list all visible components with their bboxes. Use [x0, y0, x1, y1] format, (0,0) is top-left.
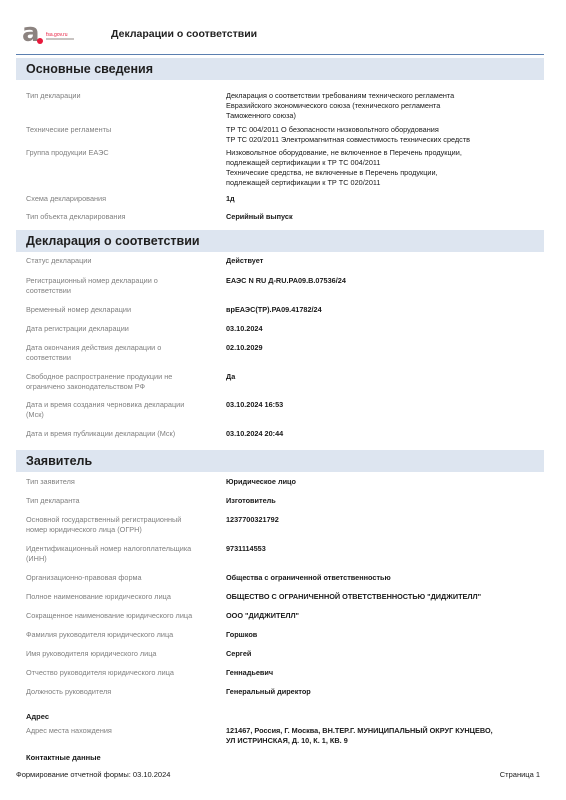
field-label: Группа продукции ЕАЭС: [26, 148, 221, 158]
fsa-logo: a fsa.gov.ru: [22, 22, 92, 44]
field-value: Юридическое лицо: [226, 477, 544, 487]
field-label: Тип заявителя: [26, 477, 221, 487]
field-value: врЕАЭС(ТР).РА09.41782/24: [226, 305, 544, 315]
contacts-subheading: Контактные данные: [26, 753, 101, 762]
field-value: 1д: [226, 194, 544, 204]
field-value: Геннадьевич: [226, 668, 544, 678]
field-label: Тип декларации: [26, 91, 221, 101]
field-value: ЕАЭС N RU Д-RU.РА09.В.07536/24: [226, 276, 544, 286]
field-label: Организационно-правовая форма: [26, 573, 221, 583]
field-label: Имя руководителя юридического лица: [26, 649, 221, 659]
field-label: Отчество руководителя юридического лица: [26, 668, 221, 678]
field-label: Дата и время создания черновика декларац…: [26, 400, 221, 420]
field-label: Технические регламенты: [26, 125, 221, 135]
field-value: Да: [226, 372, 544, 382]
field-label: Идентификационный номер налогоплательщик…: [26, 544, 221, 564]
field-value: Горшков: [226, 630, 544, 640]
address-subheading: Адрес: [26, 712, 49, 721]
field-label: Тип декларанта: [26, 496, 221, 506]
field-value: Генеральный директор: [226, 687, 544, 697]
field-label: Свободное распространение продукции не о…: [26, 372, 221, 392]
field-value: 1237700321792: [226, 515, 544, 525]
field-value: 03.10.2024: [226, 324, 544, 334]
field-value: ООО "ДИДЖИТЕЛЛ": [226, 611, 544, 621]
field-label: Статус декларации: [26, 256, 221, 266]
field-value: ОБЩЕСТВО С ОГРАНИЧЕННОЙ ОТВЕТСТВЕННОСТЬЮ…: [226, 592, 544, 602]
field-label: Дата и время публикации декларации (Мск): [26, 429, 221, 439]
section-applicant-header: Заявитель: [16, 450, 544, 472]
logo-subline: [46, 38, 74, 40]
field-label: Основной государственный регистрационный…: [26, 515, 221, 535]
field-value: Серийный выпуск: [226, 212, 544, 222]
field-label: Регистрационный номер декларации о соотв…: [26, 276, 221, 296]
field-value: 02.10.2029: [226, 343, 544, 353]
field-label: Дата регистрации декларации: [26, 324, 221, 334]
field-value: 03.10.2024 16:53: [226, 400, 544, 410]
field-label: Адрес места нахождения: [26, 726, 221, 736]
field-label: Должность руководителя: [26, 687, 221, 697]
page-title: Декларации о соответствии: [111, 28, 257, 40]
footer-page-number: Страница 1: [500, 770, 540, 779]
field-label: Тип объекта декларирования: [26, 212, 221, 222]
field-label: Фамилия руководителя юридического лица: [26, 630, 221, 640]
status-badge: Действует: [226, 256, 544, 266]
field-value: 03.10.2024 20:44: [226, 429, 544, 439]
field-value: Сергей: [226, 649, 544, 659]
logo-dot-icon: [37, 38, 43, 44]
field-value: 9731114553: [226, 544, 544, 554]
page-header: a fsa.gov.ru Декларации о соответствии: [16, 16, 544, 55]
field-label: Сокращенное наименование юридического ли…: [26, 611, 221, 621]
field-label: Дата окончания действия декларации о соо…: [26, 343, 221, 363]
field-value: Декларация о соответствии требованиям те…: [226, 91, 544, 121]
section-declaration-header: Декларация о соответствии: [16, 230, 544, 252]
field-label: Схема декларирования: [26, 194, 221, 204]
field-label: Временный номер декларации: [26, 305, 221, 315]
field-value: Общества с ограниченной ответственностью: [226, 573, 544, 583]
field-value: ТР ТС 004/2011 О безопасности низковольт…: [226, 125, 544, 145]
field-value: Низковольтное оборудование, не включенно…: [226, 148, 544, 188]
field-value: 121467, Россия, Г. Москва, ВН.ТЕР.Г. МУН…: [226, 726, 544, 746]
section-basic-header: Основные сведения: [16, 58, 544, 80]
footer-generated-date: Формирование отчетной формы: 03.10.2024: [16, 770, 170, 779]
field-label: Полное наименование юридического лица: [26, 592, 221, 602]
field-value: Изготовитель: [226, 496, 544, 506]
